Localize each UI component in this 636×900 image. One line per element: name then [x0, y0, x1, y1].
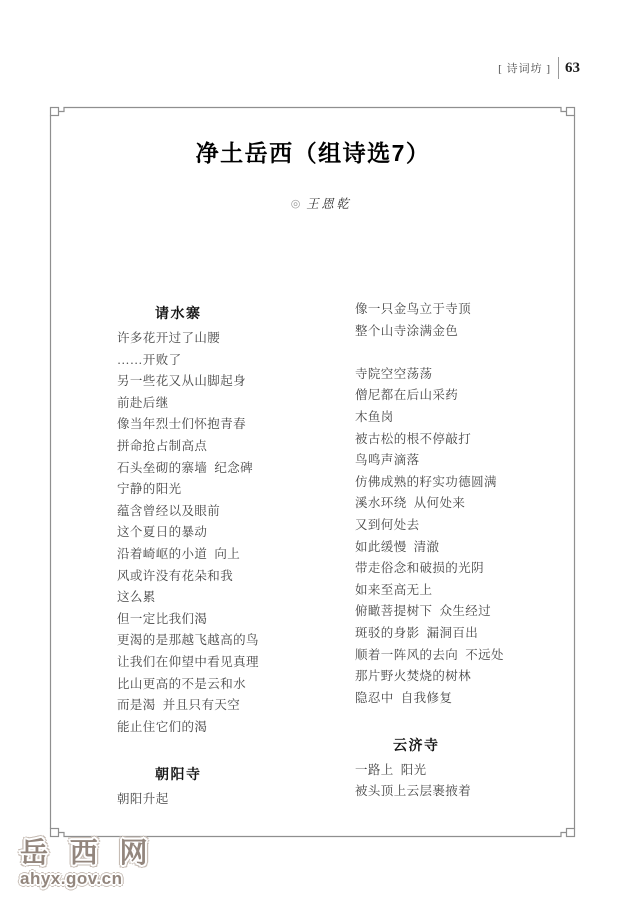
poem-line: 被古松的根不停敲打 [355, 429, 555, 451]
poem-line: 顺着一阵风的去向 不远处 [355, 645, 555, 667]
poem-line: 隐忍中 自我修复 [355, 688, 555, 710]
poem-line: 鸟鸣声滴落 [355, 450, 555, 472]
poem-line: 许多花开过了山腰 [117, 328, 337, 350]
magazine-page: [ 诗词坊 ] 63 净土岳西（组诗选7） ◎王恩乾 请水寨许多花开过了山腰……… [0, 0, 636, 900]
corner-knot-bottom-left [51, 829, 59, 837]
poem-line: 寺院空空荡荡 [355, 364, 555, 386]
author-byline: ◎王恩乾 [51, 177, 575, 231]
poem-line: 一路上 阳光 [355, 760, 555, 782]
poem-line: 沿着崎岖的小道 向上 [117, 544, 337, 566]
poem-line: 前赴后继 [117, 393, 337, 415]
poem-line: 木鱼岗 [355, 407, 555, 429]
poem-line: 仿佛成熟的籽实功德圆满 [355, 472, 555, 494]
poem-line: 另一些花又从山脚起身 [117, 371, 337, 393]
corner-knot-bottom-right [567, 829, 575, 837]
poem-line: 这么累 [117, 587, 337, 609]
corner-knot-top-left [51, 108, 59, 116]
watermark-site-name: 岳 西 网 [20, 839, 155, 867]
poem-title: 请水寨 [117, 299, 337, 328]
poem-line: 像当年烈士们怀抱青春 [117, 414, 337, 436]
poem-column-right: 像一只金鸟立于寺顶整个山寺涂满金色寺院空空荡荡僧尼都在后山采药木鱼岗被古松的根不… [355, 299, 555, 803]
poem-line: 溪水环绕 从何处来 [355, 493, 555, 515]
poem-line: 僧尼都在后山采药 [355, 385, 555, 407]
poem-title: 云济寺 [355, 731, 555, 760]
poem-line: 拼命抢占制高点 [117, 436, 337, 458]
stanza-break [355, 709, 555, 731]
poem-line: 又到何处去 [355, 515, 555, 537]
poem-line: 更渴的是那越飞越高的鸟 [117, 630, 337, 652]
stanza-break [355, 342, 555, 364]
poem-line: 但一定比我们渴 [117, 609, 337, 631]
site-watermark: 岳 西 网 ahyx.gov.cn [20, 839, 155, 887]
stanza-break [117, 738, 337, 760]
poem-line: 风或许没有花朵和我 [117, 566, 337, 588]
poem-line: 让我们在仰望中看见真理 [117, 652, 337, 674]
author-marker-icon: ◎ [291, 198, 301, 210]
poem-column-left: 请水寨许多花开过了山腰……开败了另一些花又从山脚起身前赴后继像当年烈士们怀抱青春… [117, 299, 337, 810]
poem-line: 如此缓慢 清澈 [355, 537, 555, 559]
watermark-site-url: ahyx.gov.cn [20, 870, 155, 887]
poem-line: 被头顶上云层裹掖着 [355, 781, 555, 803]
poem-line: ……开败了 [117, 350, 337, 372]
poem-line: 如来至高无上 [355, 580, 555, 602]
poem-line: 斑驳的身影 漏洞百出 [355, 623, 555, 645]
poem-line: 宁静的阳光 [117, 479, 337, 501]
poem-line: 那片野火焚烧的树林 [355, 666, 555, 688]
poem-line: 带走俗念和破损的光阴 [355, 558, 555, 580]
poem-line: 蕴含曾经以及眼前 [117, 501, 337, 523]
poem-line: 像一只金鸟立于寺顶 [355, 299, 555, 321]
poem-line: 这个夏日的暴动 [117, 522, 337, 544]
corner-knot-top-right [567, 108, 575, 116]
poem-title: 朝阳寺 [117, 760, 337, 789]
poem-line: 比山更高的不是云和水 [117, 674, 337, 696]
poem-line: 整个山寺涂满金色 [355, 321, 555, 343]
poem-line: 俯瞰菩提树下 众生经过 [355, 601, 555, 623]
poem-line: 而是渴 并且只有天空 [117, 695, 337, 717]
poem-line: 朝阳升起 [117, 789, 337, 811]
poem-line: 能止住它们的渴 [117, 717, 337, 739]
article-title: 净土岳西（组诗选7） [51, 136, 575, 170]
poem-line: 石头垒砌的寨墙 纪念碑 [117, 458, 337, 480]
author-name: 王恩乾 [306, 197, 351, 211]
